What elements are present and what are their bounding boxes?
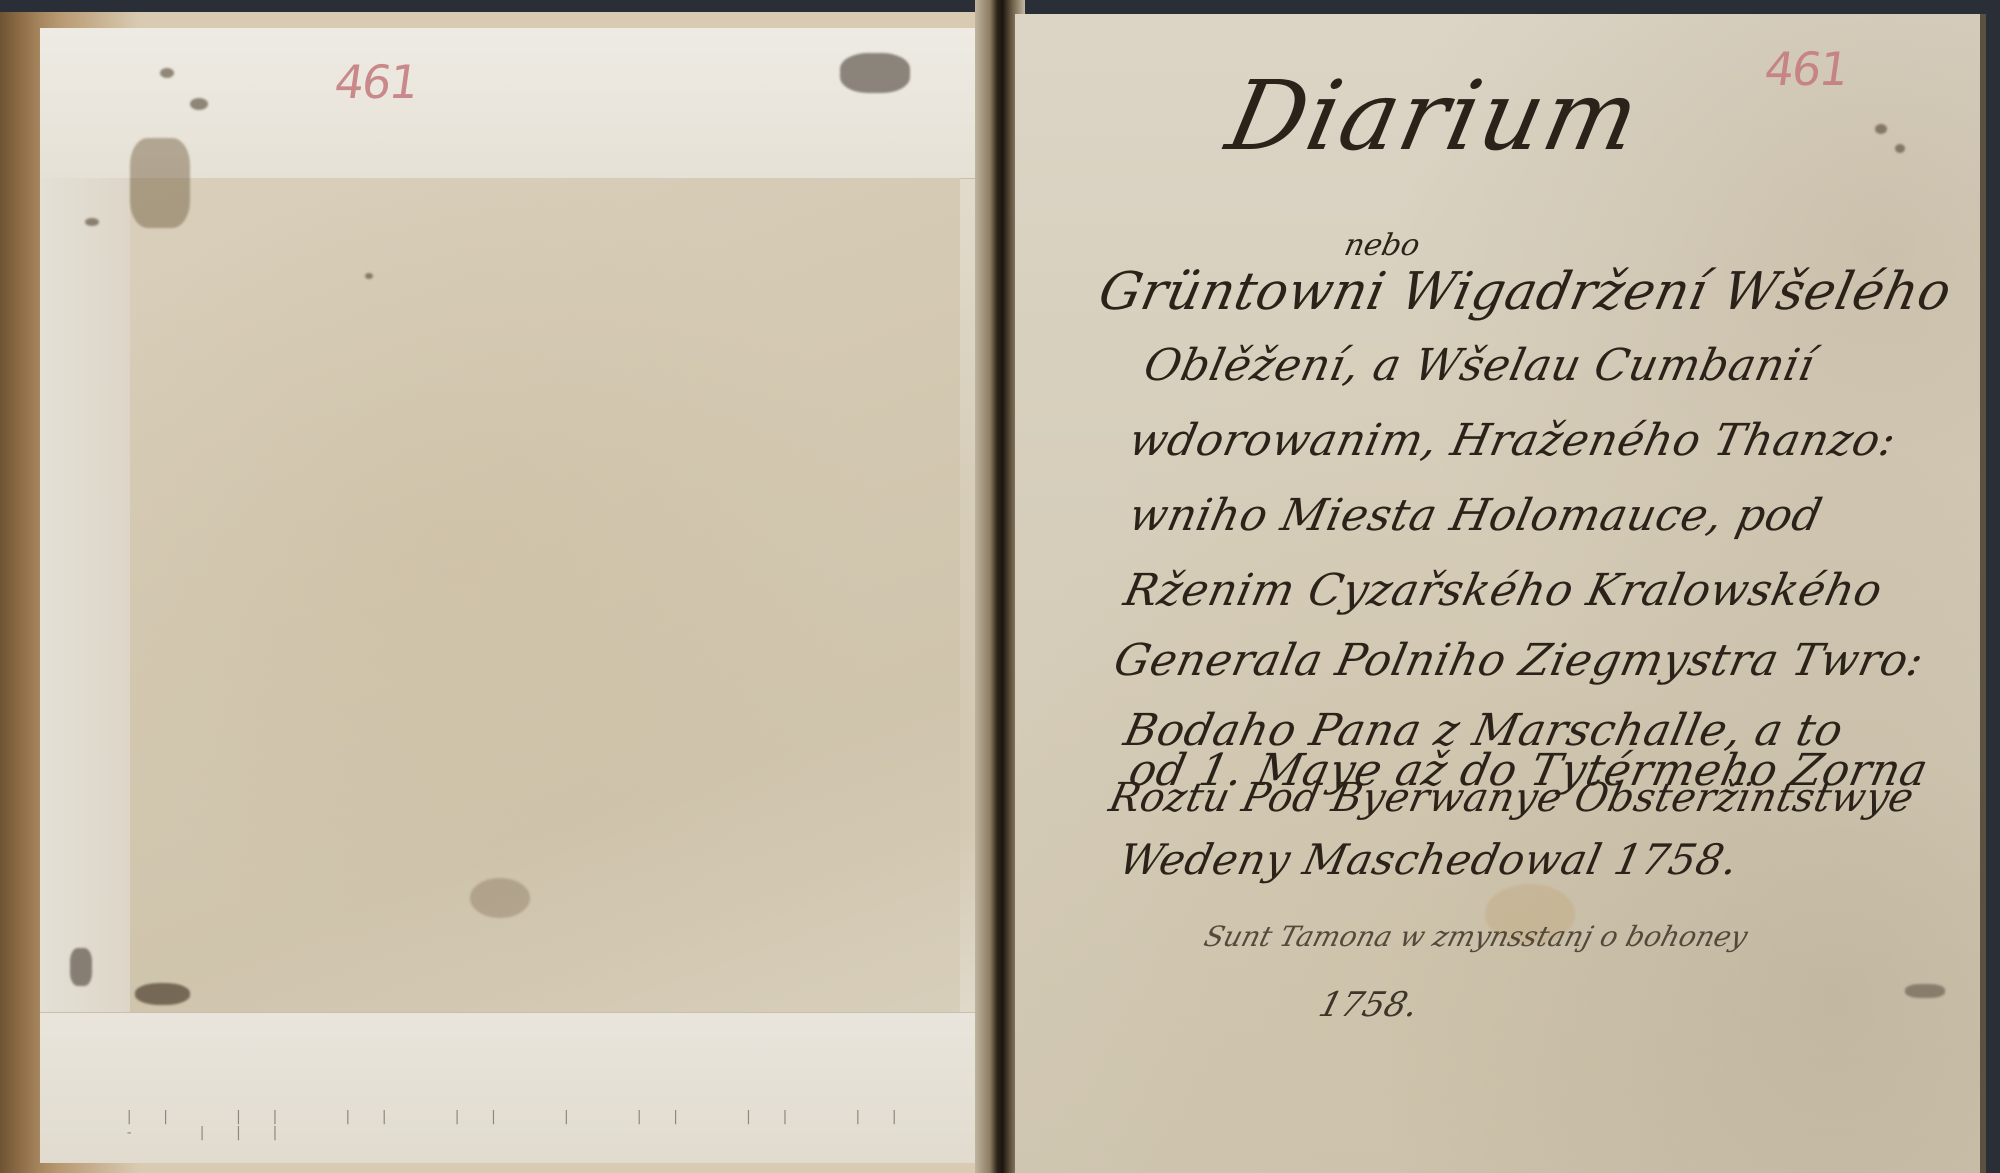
manuscript-subtitle: nebo [1341, 228, 1423, 263]
wormhole-stain [85, 218, 99, 226]
wormhole-stain [1875, 124, 1887, 134]
wormhole-stain [70, 948, 92, 986]
manuscript-line: Oblěžení, a Wšelau Cumbanií [1140, 340, 1820, 391]
wormhole-stain [130, 138, 190, 228]
left-page: || || || || | || || || - ||| [40, 28, 980, 1163]
right-folio-number: 461 [1761, 42, 1850, 96]
manuscript-line: wniho Miesta Holomauce, pod [1125, 490, 1827, 541]
manuscript-line: wdorowanim, Hraženého Thanzo: [1125, 415, 1901, 466]
left-pasted-leaf [130, 178, 960, 1038]
manuscript-line: Wedeny Maschedowal 1758. [1115, 835, 1743, 884]
wormhole-stain [840, 53, 910, 93]
wormhole-stain [190, 98, 208, 110]
wormhole-stain [135, 983, 190, 1005]
manuscript-line: Rženim Cyzařského Kralowského [1120, 565, 1887, 616]
bottom-ruler-marks: || || || || | || || || - ||| [125, 1109, 980, 1141]
signature-line: Sunt Tamona w zmynsstanj o bohoney [1201, 920, 1752, 953]
wormhole-stain [365, 273, 373, 279]
wormhole-stain [1905, 984, 1945, 998]
manuscript-line: Generala Polniho Ziegmystra Twro: [1110, 635, 1929, 686]
manuscript-line: Grüntowni Wigadržení Wšelého [1094, 262, 1957, 322]
water-stain [470, 878, 530, 918]
left-folio-number: 461 [331, 55, 420, 109]
signature-year: 1758. [1315, 985, 1423, 1025]
wormhole-stain [160, 68, 174, 78]
manuscript-line: Roztu Pod Byerwanye Obsteržintstwye [1105, 775, 1918, 821]
manuscript-title: Diarium [1218, 60, 1650, 172]
left-flyleaf-margin [40, 178, 130, 1038]
wormhole-stain [1895, 144, 1905, 153]
open-manuscript-book: || || || || | || || || - ||| 461 461 Dia… [0, 0, 2000, 1173]
